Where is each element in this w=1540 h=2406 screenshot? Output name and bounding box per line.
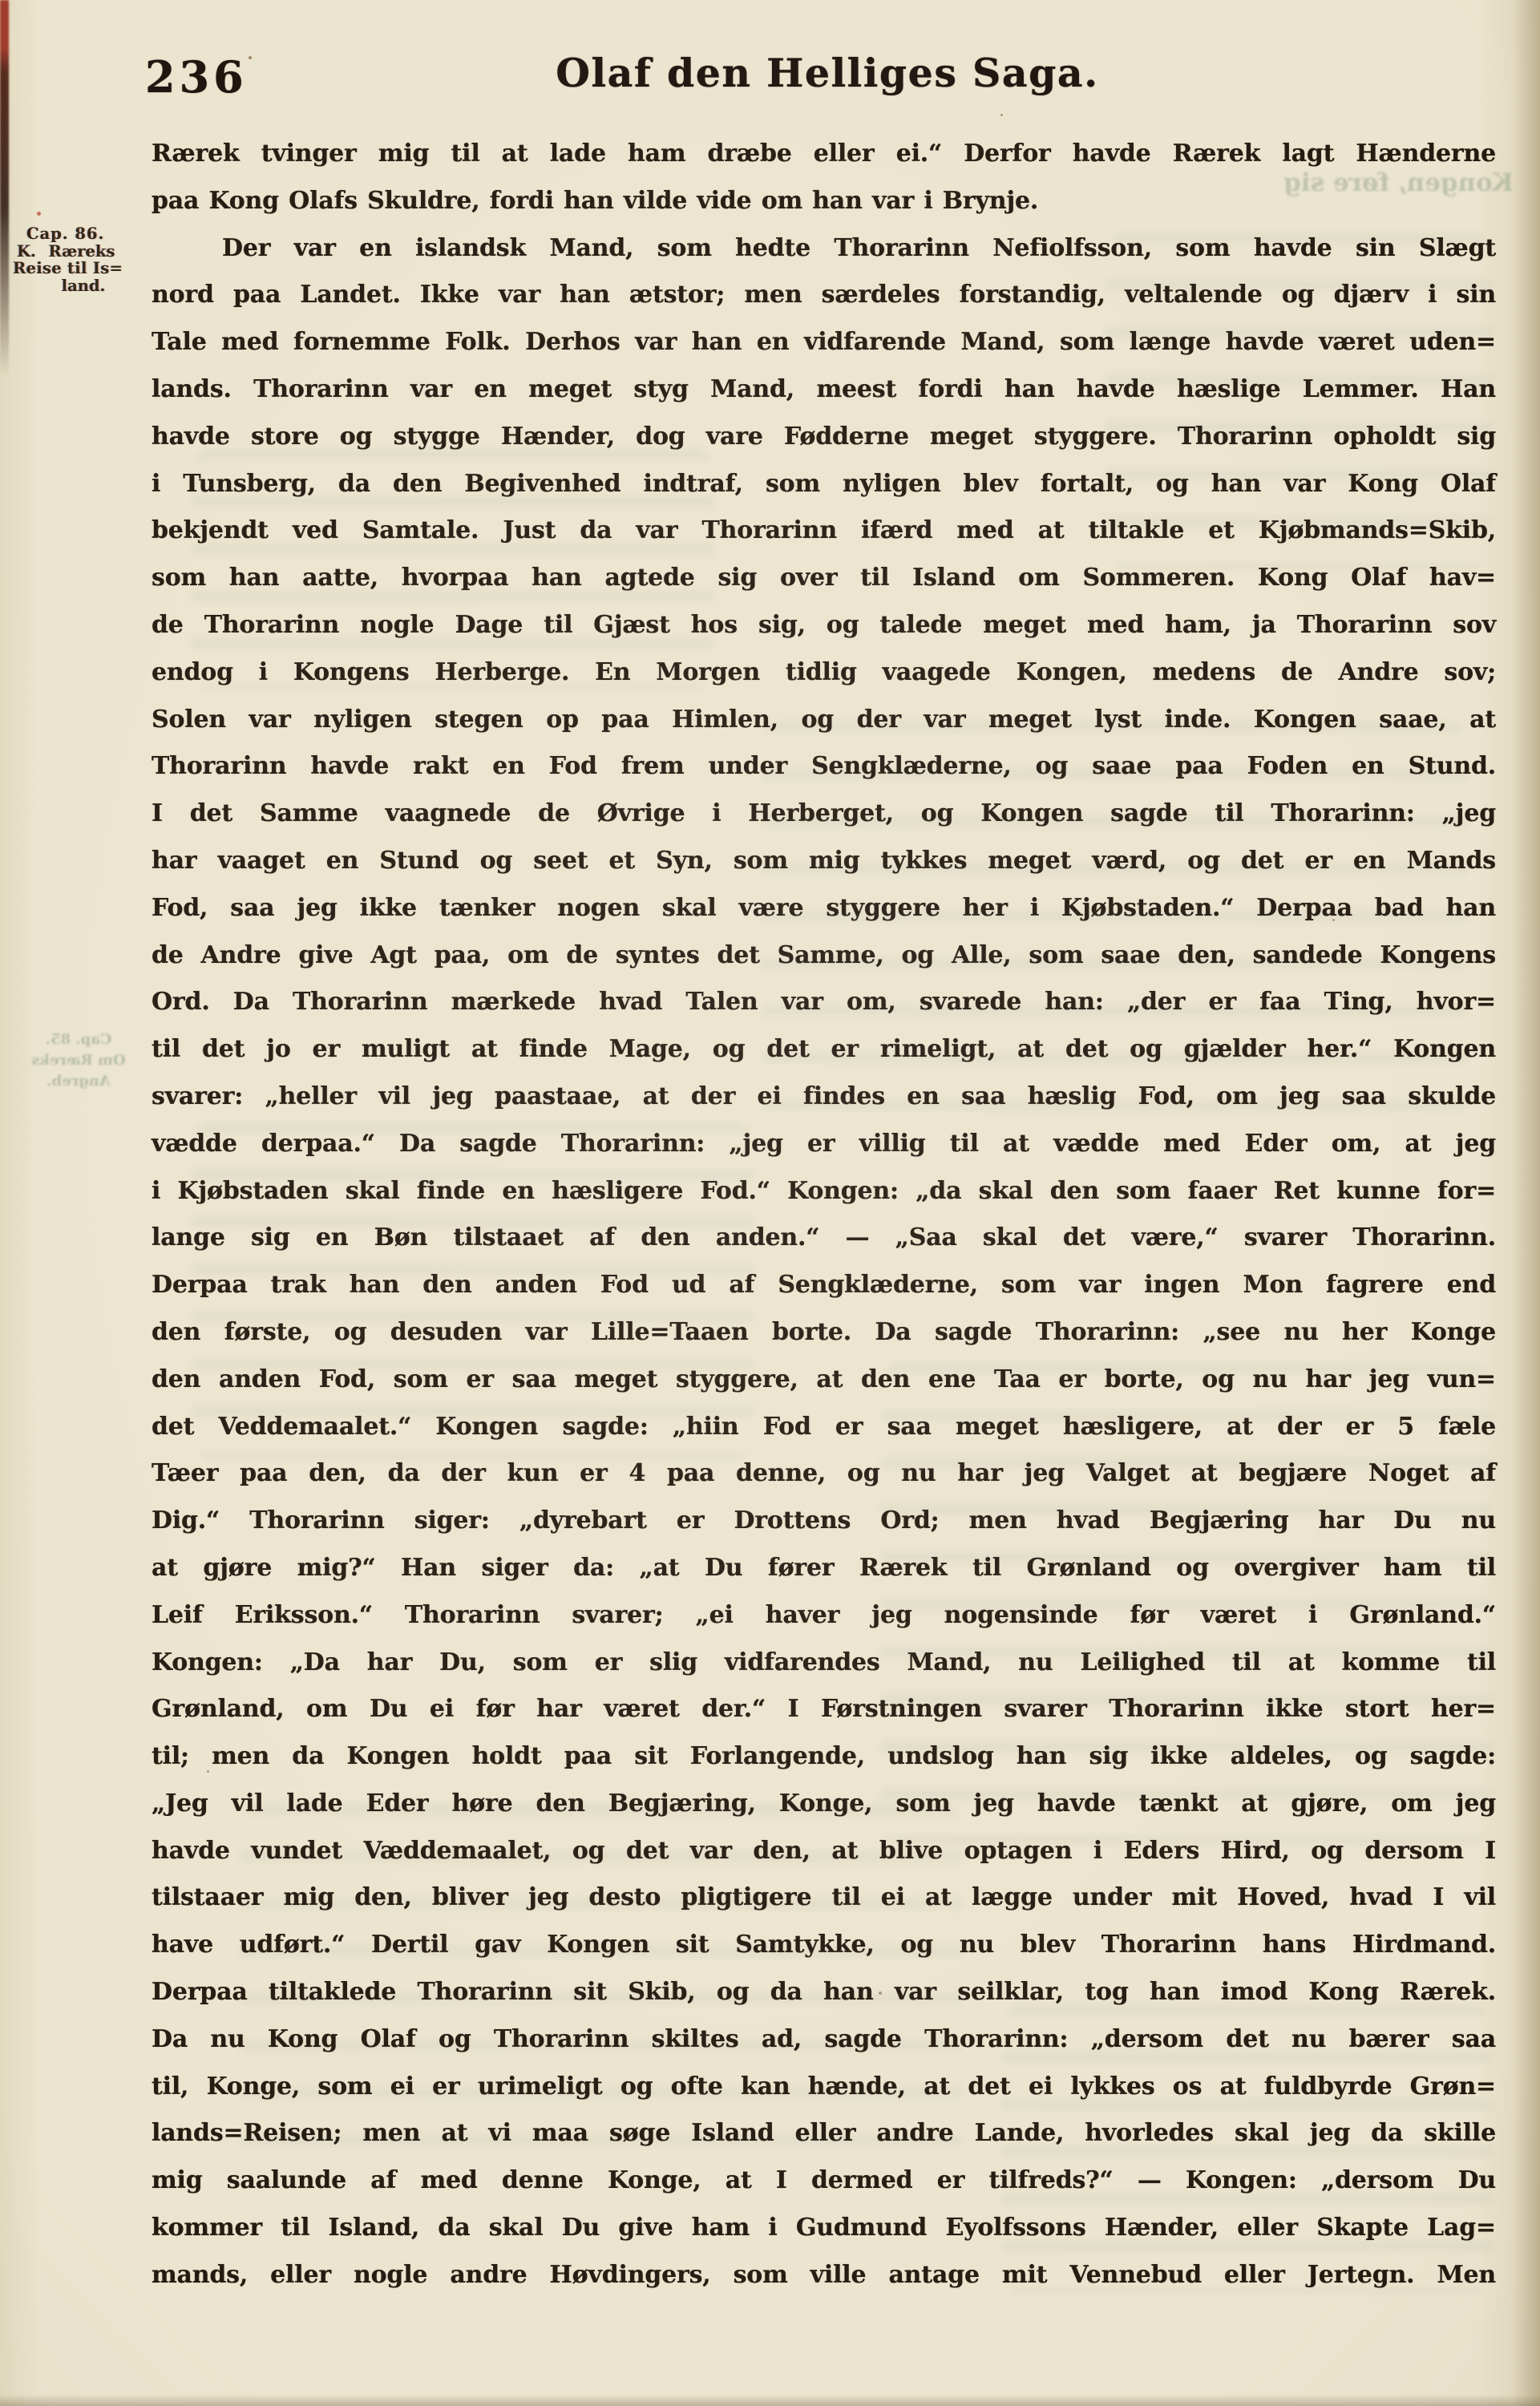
text-line: vædde derpaa.“ Da sagde Thorarinn: „jeg …: [152, 1121, 1496, 1168]
text-line: Dig.“ Thorarinn siger: „dyrebart er Drot…: [152, 1498, 1496, 1545]
text-line: mig saalunde af med denne Konge, at I de…: [152, 2157, 1496, 2205]
text-line: lands=Reisen; men at vi maa søge Island …: [152, 2110, 1496, 2157]
text-line: have udført.“ Dertil gav Kongen sit Samt…: [152, 1922, 1496, 1969]
text-line: Derpaa trak han den anden Fod ud af Seng…: [152, 1262, 1496, 1309]
text-line: Derpaa tiltaklede Thorarinn sit Skib, og…: [152, 1969, 1496, 2016]
page-number: 236: [145, 51, 248, 103]
text-line: kommer til Island, da skal Du give ham i…: [152, 2205, 1496, 2252]
ink-speck: [879, 1992, 882, 1995]
text-line: Solen var nyligen stegen op paa Himlen, …: [152, 697, 1496, 744]
text-line: havde store og stygge Hænder, dog vare F…: [152, 414, 1496, 461]
showthrough-margin-note: Cap. 85. Om Ræreks Angreb.: [18, 1029, 139, 1092]
text-line: lands. Thorarinn var en meget styg Mand,…: [152, 366, 1496, 414]
text-line: havde vundet Væddemaalet, og det var den…: [152, 1828, 1496, 1875]
text-line: Der var en islandsk Mand, som hedte Thor…: [152, 225, 1496, 273]
text-line: Da nu Kong Olaf og Thorarinn skiltes ad,…: [152, 2016, 1496, 2064]
scan-edge-left: [0, 0, 9, 377]
margin-note-line: Reise til Is=: [13, 260, 154, 277]
text-line: til; men da Kongen holdt paa sit Forlang…: [152, 1733, 1496, 1781]
running-title: Olaf den Helliges Saga.: [556, 50, 1098, 96]
scan-edge-bottom: [0, 2395, 1540, 2406]
ink-speck: [249, 56, 252, 59]
text-line: den anden Fod, som er saa meget styggere…: [152, 1357, 1496, 1404]
text-line: Ord. Da Thorarinn mærkede hvad Talen var…: [152, 979, 1496, 1026]
text-line: tilstaaer mig den, bliver jeg desto plig…: [152, 1874, 1496, 1922]
text-line: i Tunsberg, da den Begivenhed indtraf, s…: [152, 461, 1496, 508]
text-line: bekjendt ved Samtale. Just da var Thorar…: [152, 507, 1496, 555]
text-line: den første, og desuden var Lille=Taaen b…: [152, 1309, 1496, 1357]
ink-speck: [1332, 919, 1335, 921]
ink-speck: [340, 1092, 342, 1094]
text-line: svarer: „heller vil jeg paastaae, at der…: [152, 1074, 1496, 1121]
text-line: de Andre give Agt paa, om de syntes det …: [152, 932, 1496, 980]
ink-speck: [37, 212, 41, 216]
text-line: Kongen: „Da har Du, som er slig vidfaren…: [152, 1640, 1496, 1687]
ink-speck: [1235, 2275, 1237, 2278]
text-line: Rærek tvinger mig til at lade ham dræbe …: [152, 131, 1496, 178]
text-line: Leif Eriksson.“ Thorarinn svarer; „ei ha…: [152, 1592, 1496, 1640]
text-line: Fod, saa jeg ikke tænker nogen skal være…: [152, 885, 1496, 932]
text-line: paa Kong Olafs Skuldre, fordi han vilde …: [152, 178, 1496, 225]
text-line: Thorarinn havde rakt en Fod frem under S…: [152, 743, 1496, 791]
margin-note-line: Cap. 86.: [13, 225, 154, 243]
text-line: til, Konge, som ei er urimeligt og ofte …: [152, 2064, 1496, 2111]
text-line: „Jeg vil lade Eder høre den Begjæring, K…: [152, 1781, 1496, 1828]
scan-edge-right: [1513, 0, 1540, 2406]
showthrough-margin-line: Cap. 85.: [18, 1029, 139, 1050]
ink-speck: [1000, 114, 1003, 116]
text-line: nord paa Landet. Ikke var han ætstor; me…: [152, 272, 1496, 319]
text-line: som han aatte, hvorpaa han agtede sig ov…: [152, 555, 1496, 602]
margin-note: Cap. 86. K. Ræreks Reise til Is= land.: [13, 225, 154, 294]
text-line: lange sig en Bøn tilstaaet af den anden.…: [152, 1215, 1496, 1262]
text-line: I det Samme vaagnede de Øvrige i Herberg…: [152, 791, 1496, 838]
text-line: mands, eller nogle andre Høvdingers, som…: [152, 2252, 1496, 2299]
text-line: Tale med fornemme Folk. Derhos var han e…: [152, 319, 1496, 366]
showthrough-margin-line: Angreb.: [18, 1071, 139, 1092]
text-line: i Kjøbstaden skal finde en hæsligere Fod…: [152, 1168, 1496, 1215]
text-line: til det jo er muligt at finde Mage, og d…: [152, 1026, 1496, 1074]
margin-note-line: land.: [13, 277, 154, 295]
scanned-book-page: 236 Olaf den Helliges Saga. Cap. 86. K. …: [0, 0, 1540, 2406]
text-line: Tæer paa den, da der kun er 4 paa denne,…: [152, 1450, 1496, 1498]
text-line: det Veddemaalet.“ Kongen sagde: „hiin Fo…: [152, 1404, 1496, 1451]
text-line: Grønland, om Du ei før har været der.“ I…: [152, 1686, 1496, 1733]
body-text: Rærek tvinger mig til at lade ham dræbe …: [152, 131, 1496, 2299]
text-line: har vaaget en Stund og seet et Syn, som …: [152, 838, 1496, 885]
ink-speck: [207, 1770, 209, 1773]
text-line: at gjøre mig?“ Han siger da: „at Du føre…: [152, 1545, 1496, 1592]
margin-note-line: K. Ræreks: [13, 243, 154, 261]
text-line: de Thorarinn nogle Dage til Gjæst hos si…: [152, 602, 1496, 649]
showthrough-margin-line: Om Ræreks: [18, 1050, 139, 1071]
text-line: endog i Kongens Herberge. En Morgen tidl…: [152, 649, 1496, 697]
